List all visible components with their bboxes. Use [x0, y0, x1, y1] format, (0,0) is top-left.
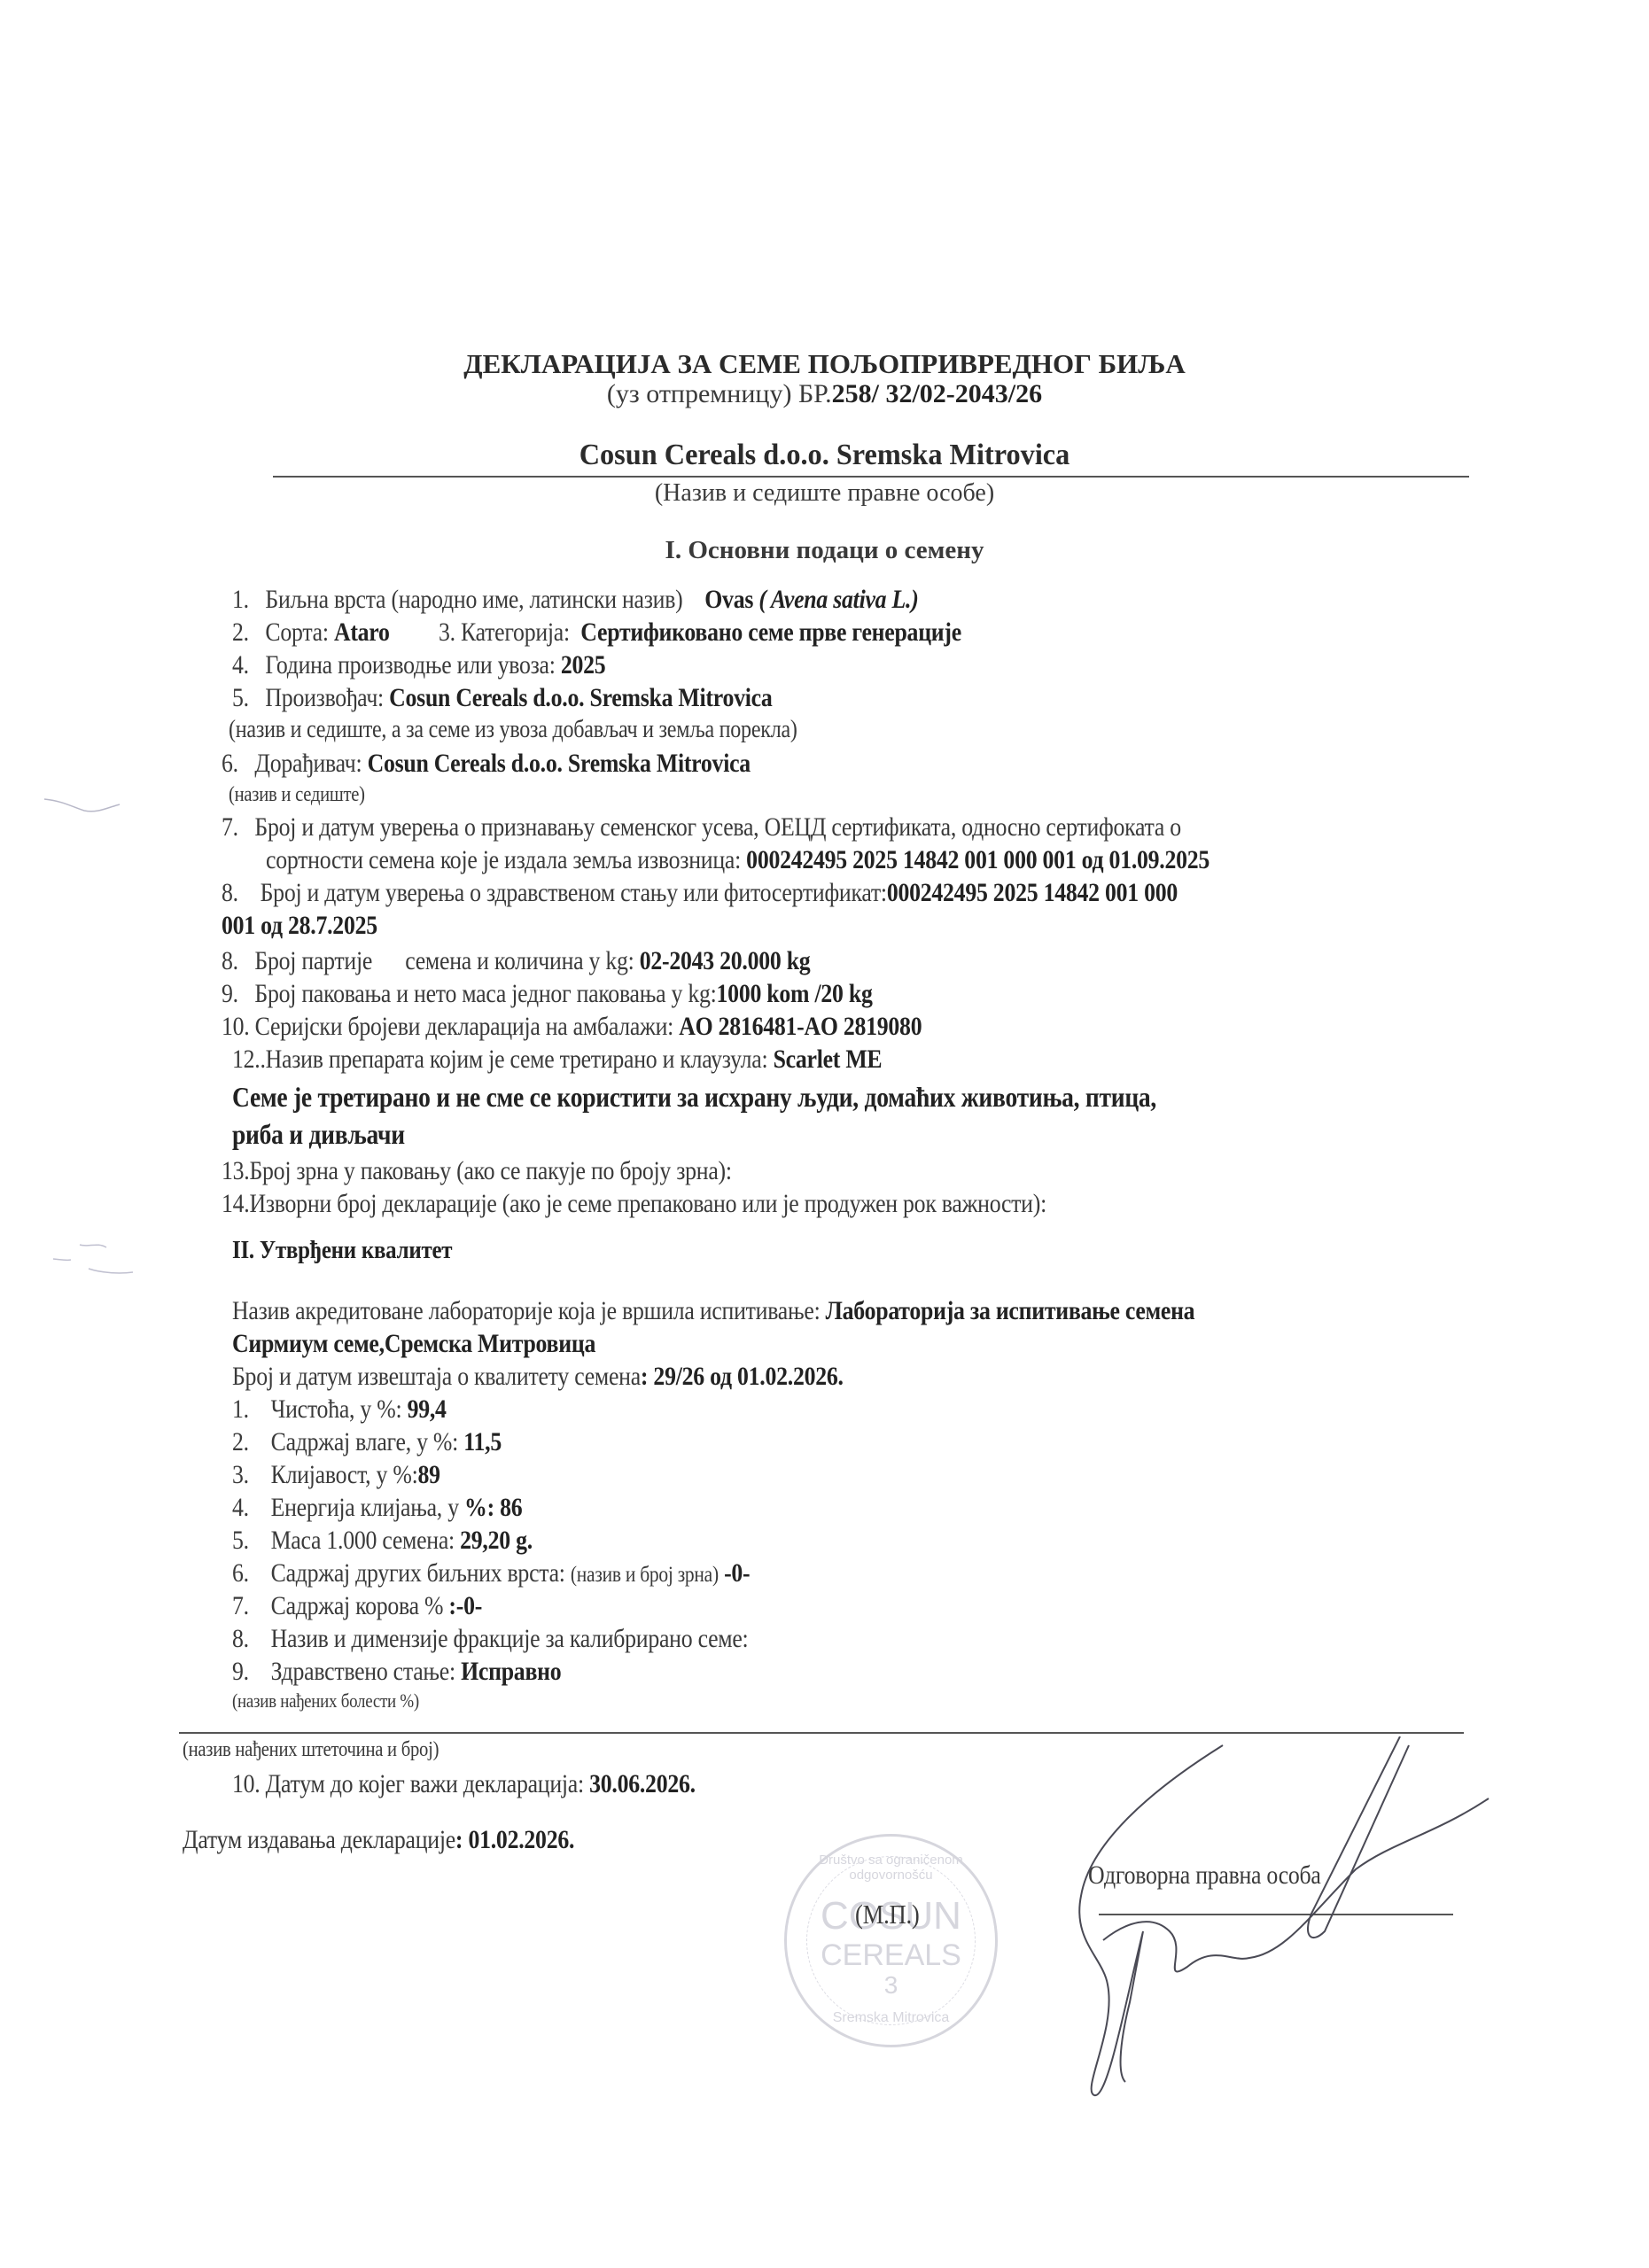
company-stamp: Društvo sa ograničenom odgovornošću COSU…: [784, 1834, 998, 2047]
report-line: Број и датум извештаја о квалитету семен…: [232, 1362, 844, 1392]
quality-purity: 1. Чистоћа, у %: 99,4: [232, 1394, 447, 1425]
item-plant-species: 1. Биљна врста (народно име, латински на…: [232, 585, 919, 615]
quality-germination: 3. Клијавост, у %:89: [232, 1460, 440, 1490]
stamp-number: 3: [787, 1971, 995, 2000]
processor-value: Cosun Cereals d.o.o. Sremska Mitrovica: [368, 749, 751, 778]
treatment-value: Scarlet ME: [774, 1045, 883, 1074]
item-serial-numbers: 10. Серијски бројеви декларација на амба…: [222, 1012, 922, 1042]
item-treatment: 12..Назив препарата којим је семе третир…: [232, 1045, 882, 1075]
species-latin: ( Avena sativa L.): [758, 585, 918, 614]
item-production-year: 4. Година производње или увоза: 2025: [232, 650, 605, 680]
stamp-placeholder-label: (М.П.): [855, 1899, 920, 1930]
producer-value: Cosun Cereals d.o.o. Sremska Mitrovica: [389, 683, 772, 712]
item-original-declaration: 14.Изворни број декларације (ако је семе…: [222, 1189, 1046, 1219]
validity-date: 30.06.2026.: [589, 1769, 696, 1798]
item-lot-number: 8. Број партије семена и количина у kg: …: [222, 946, 810, 976]
issue-date-line: Датум издавања декларације: 01.02.2026.: [183, 1825, 574, 1855]
item-phyto-certificate: 8. Број и датум уверења о здравственом с…: [222, 878, 1178, 908]
quality-other-species: 6. Садржај других биљних врста: (назив и…: [232, 1558, 750, 1588]
species-value: Ovas: [704, 585, 753, 614]
stamp-brand-2: CEREALS: [787, 1938, 995, 1973]
phyto-certificate-value: 000242495 2025 14842 001 000: [887, 878, 1178, 907]
lab-value-cont: Сирмиум семе,Сремска Митровица: [232, 1329, 595, 1359]
company-underline: [273, 476, 1469, 478]
item-processor: 6. Дорађивач: Cosun Cereals d.o.o. Srems…: [222, 749, 751, 779]
scan-mark-top: [18, 780, 159, 833]
stamp-ring-text-bottom: Sremska Mitrovica: [787, 2010, 995, 2026]
processor-note: (назив и седиште): [229, 783, 365, 807]
crop-certificate-value: 000242495 2025 14842 001 000 001 од 01.0…: [746, 845, 1210, 874]
phyto-certificate-value-cont: 001 од 28.7.2025: [222, 911, 377, 941]
category-value: Сертификовано семе прве генерације: [580, 617, 961, 647]
company-name: Cosun Cereals d.o.o. Sremska Mitrovica: [42, 439, 1608, 472]
production-year-value: 2025: [561, 650, 606, 680]
quality-health-status: 9. Здравствено стање: Исправно: [232, 1657, 561, 1687]
item-producer: 5. Произвођач: Cosun Cereals d.o.o. Srem…: [232, 683, 773, 713]
serial-numbers-value: AO 2816481-AO 2819080: [679, 1012, 922, 1041]
pests-note: (назив нађених штеточина и број): [183, 1738, 439, 1762]
item-crop-certificate: 7. Број и датум уверења о признавању сем…: [222, 812, 1181, 843]
company-caption: (Назив и седиште правне особе): [0, 479, 1649, 508]
lab-line: Назив акредитоване лабораторије која је …: [232, 1296, 1194, 1326]
quality-fraction: 8. Назив и димензије фракције за калибри…: [232, 1624, 748, 1654]
document-subtitle: (уз отпремницу) БР.258/ 32/02-2043/26: [0, 379, 1649, 409]
seed-declaration-document: ДЕКЛАРАЦИЈА ЗА СЕМЕ ПОЉОПРИВРЕДНОГ БИЉА …: [0, 0, 1649, 2268]
signature-scribble: [1019, 1736, 1533, 2109]
item-crop-certificate-cont: сортности семена које је издала земља из…: [266, 845, 1210, 875]
issue-date: : 01.02.2026.: [455, 1825, 574, 1854]
package-count-value: 1000 kom /20 kg: [717, 979, 873, 1008]
item-grain-count: 13.Број зрна у паковању (ако се пакује п…: [222, 1156, 732, 1186]
document-title: ДЕКЛАРАЦИЈА ЗА СЕМЕ ПОЉОПРИВРЕДНОГ БИЉА: [0, 348, 1649, 380]
validity-date-line: 10. Датум до којег важи декларација: 30.…: [232, 1769, 696, 1799]
treatment-warning: Семе је третирано и не сме се користити …: [232, 1081, 1156, 1114]
report-value: : 29/26 од 01.02.2026.: [641, 1362, 844, 1391]
item-package-count: 9. Број паковања и нето маса једног пако…: [222, 979, 873, 1009]
lot-number-value: 02-2043 20.000 kg: [640, 946, 811, 975]
quality-thousand-seed-mass: 5. Маса 1.000 семена: 29,20 g.: [232, 1526, 533, 1556]
item-category: 3. Категорија: Сертификовано семе прве г…: [439, 617, 961, 648]
pests-line: [179, 1732, 1464, 1734]
item-variety: 2. Сорта: Ataro: [232, 617, 390, 648]
disease-note: (назив нађених болести %): [232, 1689, 419, 1713]
section1-heading: I. Основни подаци о семену: [0, 536, 1649, 565]
section2-heading: II. Утврђени квалитет: [232, 1236, 452, 1265]
producer-note: (назив и седиште, а за семе из увоза доб…: [229, 716, 797, 744]
treatment-warning-cont: риба и дивљачи: [232, 1118, 405, 1151]
variety-value: Ataro: [334, 617, 390, 647]
quality-weeds: 7. Садржај корова % :-0-: [232, 1591, 482, 1621]
document-number: 258/ 32/02-2043/26: [832, 379, 1043, 408]
quality-moisture: 2. Садржај влаге, у %: 11,5: [232, 1427, 502, 1457]
quality-germination-energy: 4. Енергија клијања, у %: 86: [232, 1493, 522, 1523]
lab-value: Лабораторија за испитивање семена: [826, 1296, 1195, 1325]
subtitle-prefix: (уз отпремницу) БР.: [607, 379, 832, 408]
scan-mark-bottom: [18, 1134, 159, 1276]
stamp-ring-text-top: Društvo sa ograničenom odgovornošću: [787, 1852, 995, 1883]
